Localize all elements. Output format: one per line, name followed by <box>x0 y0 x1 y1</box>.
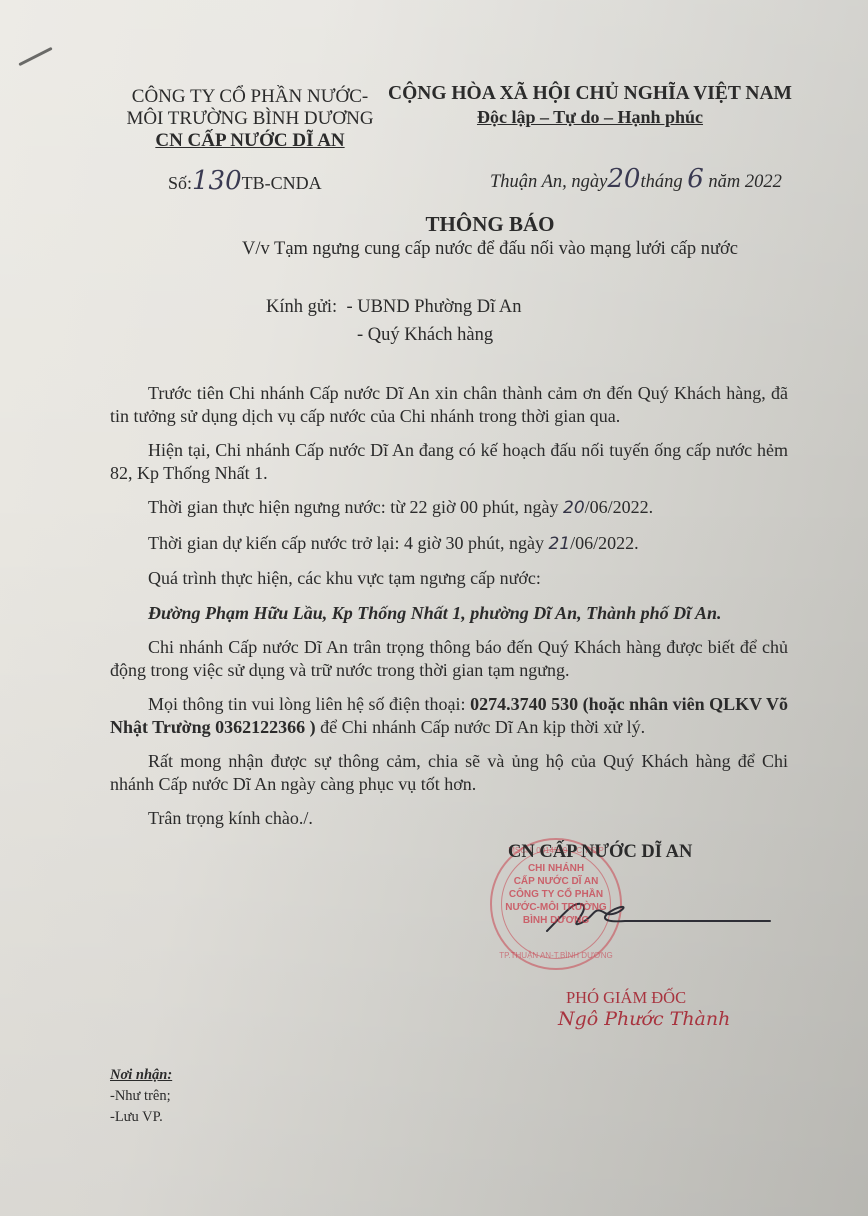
contact-text: Mọi thông tin vui lòng liên hệ số điện t… <box>148 694 470 714</box>
stamp-center-text: CHI NHÁNH CẤP NƯỚC DĨ AN CÔNG TY CỔ PHẦN… <box>492 862 620 927</box>
to-label: Kính gửi: <box>266 297 337 317</box>
date-place: Thuận An, ngày <box>490 172 607 192</box>
issuer-header: CÔNG TY CỔ PHẦN NƯỚC- MÔI TRƯỜNG BÌNH DƯ… <box>100 86 400 152</box>
stop-date-suffix: /06/2022. <box>585 497 654 517</box>
date-year: năm 2022 <box>708 172 782 192</box>
national-title: CỘNG HÒA XÃ HỘI CHỦ NGHĨA VIỆT NAM <box>380 82 800 106</box>
paragraph-plan: Hiện tại, Chi nhánh Cấp nước Dĩ An đang … <box>110 439 788 484</box>
notice-body: Trước tiên Chi nhánh Cấp nước Dĩ An xin … <box>110 382 788 842</box>
handwritten-stop-day: 20 <box>563 498 585 518</box>
signer-role: PHÓ GIÁM ĐỐC <box>566 988 686 1008</box>
stamp-line: BÌNH DƯƠNG <box>492 914 620 927</box>
paragraph-inform: Chi nhánh Cấp nước Dĩ An trân trọng thôn… <box>110 636 788 681</box>
recipients-item: -Lưu VP. <box>110 1107 172 1128</box>
staple-mark <box>18 47 52 66</box>
date-line: Thuận An, ngày20tháng 6 năm 2022 <box>490 164 782 194</box>
handwritten-number: 130 <box>192 166 242 196</box>
paragraph-stop-time: Thời gian thực hiện ngưng nước: từ 22 gi… <box>110 496 788 520</box>
handwritten-day: 20 <box>607 164 640 194</box>
issuer-company-line1: CÔNG TY CỔ PHẦN NƯỚC- <box>100 86 400 108</box>
issuer-branch: CN CẤP NƯỚC DĨ AN <box>100 130 400 152</box>
handwritten-month: 6 <box>687 164 704 194</box>
recipient-1: - UBND Phường Dĩ An <box>346 297 521 317</box>
number-label: Số: <box>168 173 192 193</box>
month-label: tháng <box>640 172 682 192</box>
stamp-line: CÔNG TY CỔ PHẦN <box>492 888 620 901</box>
national-header: CỘNG HÒA XÃ HỘI CHỦ NGHĨA VIỆT NAM Độc l… <box>380 82 800 128</box>
recipients-heading: Nơi nhận: <box>110 1065 172 1086</box>
stamp-line: CẤP NƯỚC DĨ AN <box>492 875 620 888</box>
issuer-company-line2: MÔI TRƯỜNG BÌNH DƯƠNG <box>100 108 400 130</box>
contact-suffix: để Chi nhánh Cấp nước Dĩ An kịp thời xử … <box>316 717 646 737</box>
notice-subject: V/v Tạm ngưng cung cấp nước để đấu nối v… <box>200 239 780 260</box>
stamp-line: CHI NHÁNH <box>492 862 620 875</box>
recipient-2: - Quý Khách hàng <box>266 321 521 349</box>
handwritten-resume-day: 21 <box>549 534 571 554</box>
paragraph-closing: Trân trọng kính chào./. <box>110 807 788 830</box>
addressees: Kính gửi: - UBND Phường Dĩ An - Quý Khác… <box>266 293 521 349</box>
document-number: Số:130TB-CNDA <box>168 166 322 196</box>
paragraph-appreciation: Rất mong nhận được sự thông cảm, chia sẽ… <box>110 750 788 795</box>
stamp-line: NƯỚC-MÔI TRƯỜNG <box>492 901 620 914</box>
recipients-item: -Như trên; <box>110 1086 172 1107</box>
signing-organization: CN CẤP NƯỚC DĨ AN <box>508 842 692 863</box>
signer-name: Ngô Phước Thành <box>558 1008 730 1030</box>
stamp-ring-bottom: TP.THUẬN AN-T.BÌNH DƯƠNG <box>492 951 620 960</box>
national-motto: Độc lập – Tự do – Hạnh phúc <box>380 106 800 128</box>
paragraph-areas-intro: Quá trình thực hiện, các khu vực tạm ngư… <box>110 567 788 590</box>
resume-date-suffix: /06/2022. <box>570 533 639 553</box>
notice-title: THÔNG BÁO <box>240 212 740 237</box>
recipients-footer: Nơi nhận: -Như trên; -Lưu VP. <box>110 1065 172 1128</box>
stop-time-text: Thời gian thực hiện ngưng nước: từ 22 gi… <box>148 497 563 517</box>
paragraph-thanks: Trước tiên Chi nhánh Cấp nước Dĩ An xin … <box>110 382 788 427</box>
paragraph-contact: Mọi thông tin vui lòng liên hệ số điện t… <box>110 693 788 738</box>
number-suffix: TB-CNDA <box>242 173 322 193</box>
paragraph-affected-area: Đường Phạm Hữu Lầu, Kp Thống Nhất 1, phư… <box>110 602 788 625</box>
resume-time-text: Thời gian dự kiến cấp nước trở lại: 4 gi… <box>148 533 549 553</box>
paragraph-resume-time: Thời gian dự kiến cấp nước trở lại: 4 gi… <box>110 532 788 556</box>
